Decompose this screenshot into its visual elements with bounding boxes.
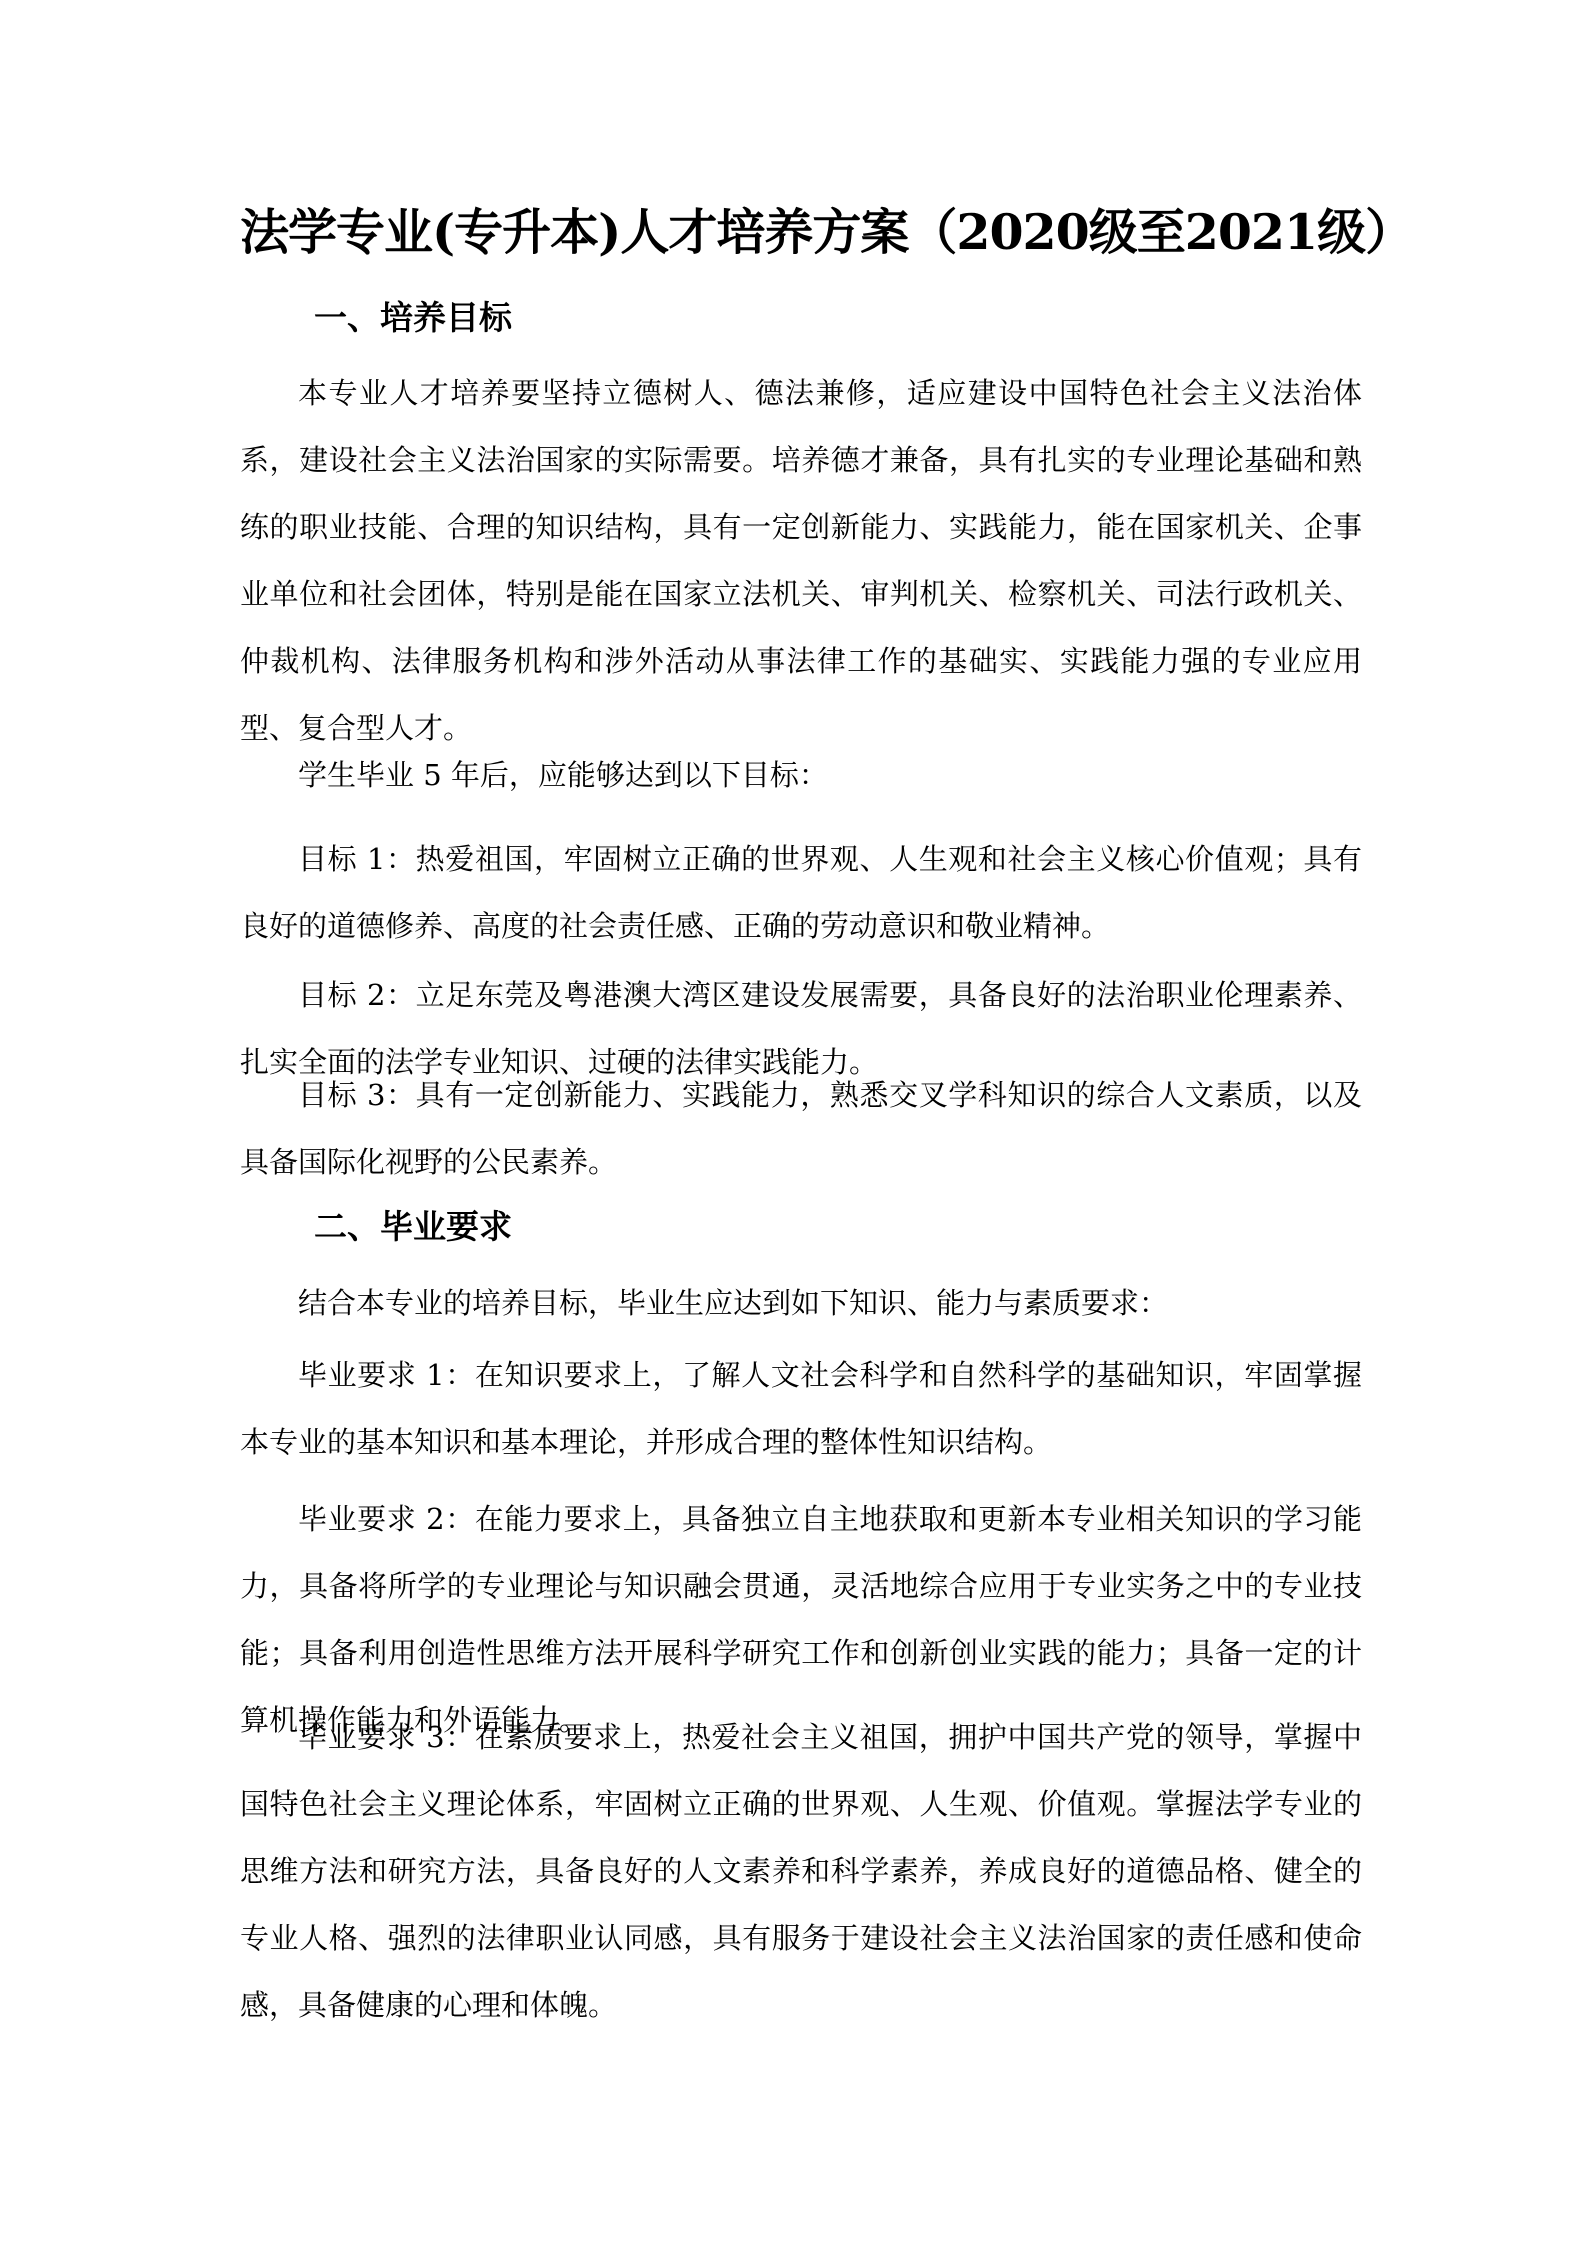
section-heading-graduation-requirements: 二、毕业要求: [314, 1205, 512, 1249]
paragraph-requirement-1: 毕业要求 1：在知识要求上，了解人文社会科学和自然科学的基础知识，牢固掌握本专业…: [240, 1342, 1362, 1476]
paragraph-goal-1: 目标 1：热爱祖国，牢固树立正确的世界观、人生观和社会主义核心价值观；具有良好的…: [240, 826, 1362, 960]
paragraph-goals-lead: 学生毕业 5 年后，应能够达到以下目标：: [240, 742, 1362, 809]
paragraph-training-goals-intro: 本专业人才培养要坚持立德树人、德法兼修，适应建设中国特色社会主义法治体系，建设社…: [240, 360, 1362, 762]
paragraph-requirement-3: 毕业要求 3：在素质要求上，热爱社会主义祖国，拥护中国共产党的领导，掌握中国特色…: [240, 1704, 1362, 2039]
paragraph-requirements-lead: 结合本专业的培养目标，毕业生应达到如下知识、能力与素质要求：: [240, 1270, 1362, 1337]
section-heading-training-goals: 一、培养目标: [314, 296, 512, 340]
document-title: 法学专业(专升本)人才培养方案（2020级至2021级）: [240, 200, 1360, 264]
paragraph-goal-3: 目标 3：具有一定创新能力、实践能力，熟悉交叉学科知识的综合人文素质，以及具备国…: [240, 1062, 1362, 1196]
